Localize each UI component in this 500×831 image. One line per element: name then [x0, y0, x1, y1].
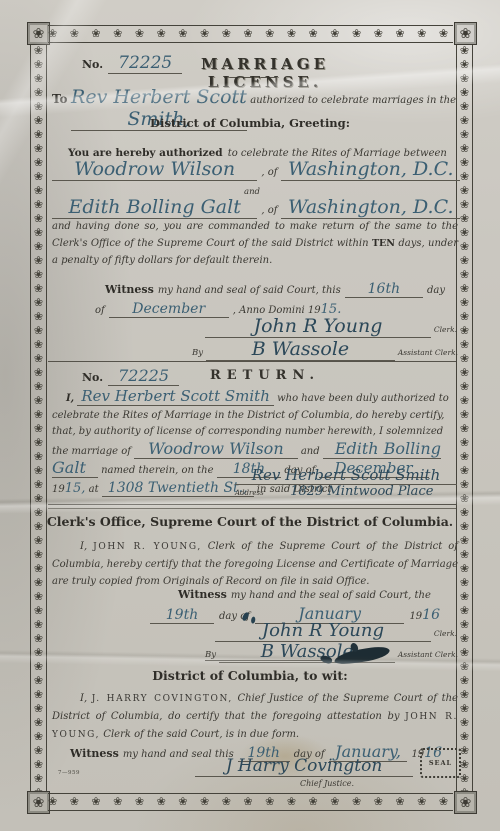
- clerk-name: JOHN R. YOUNG,: [93, 542, 202, 552]
- return-signature: Rev Herbert Scott Smith: [235, 466, 457, 485]
- no-label: No.: [82, 371, 103, 384]
- at-label: at: [89, 484, 99, 495]
- witness-label: Witness: [178, 588, 227, 601]
- by-label: By: [192, 348, 203, 358]
- return-groom-name: Woodrow Wilson: [134, 439, 297, 459]
- bride-name: Edith Bolling Galt: [52, 196, 257, 219]
- section-divider: [48, 361, 456, 362]
- i-label: I,: [80, 693, 87, 704]
- and-label: and: [301, 446, 320, 457]
- border-corner-ornament: ❀: [454, 22, 477, 45]
- assistant-clerk-label: Assistant Clerk.: [398, 650, 458, 659]
- seal-text: SEAL: [429, 759, 452, 767]
- justice-signature: J Harry Covington: [195, 756, 413, 777]
- day-label: day: [427, 285, 445, 296]
- clerk-signature: John R Young: [215, 620, 431, 642]
- border-corner-ornament: ❀: [454, 791, 477, 814]
- witness-text: my hand and seal of said Court, this: [158, 285, 341, 296]
- section-divider-double: [48, 504, 456, 509]
- return-officiant-name: Rev Herbert Scott Smith: [77, 387, 274, 406]
- document-page: ❀ ❀ ❀ ❀ ❀ ❀ ❀ ❀ ❀ ❀ ❀ ❀ ❀ ❀ ❀ ❀ ❀ ❀ ❀ ❀ …: [0, 0, 500, 831]
- attestation-body: I, J. HARRY COVINGTON, Chief Justice of …: [52, 690, 458, 744]
- ten-days: TEN: [372, 238, 395, 249]
- address-label: Address: [235, 489, 264, 497]
- by-label: By: [205, 650, 216, 660]
- bride-residence: Washington, D.C.: [281, 196, 460, 219]
- greeting-line: District of Columbia, Greeting:: [0, 116, 500, 130]
- year-prefix: 19: [52, 484, 65, 495]
- groom-name: Woodrow Wilson: [52, 158, 257, 181]
- authorized-text: authorized to celebrate marriages in the: [250, 95, 456, 106]
- clerk-label: Clerk.: [434, 629, 457, 638]
- return-title: RETURN.: [150, 368, 380, 383]
- day-value: 19th: [150, 607, 214, 624]
- return-place-value: 1308 Twentieth St.,: [102, 480, 254, 497]
- bride-line: Edith Bolling Galt , of Washington, D.C.: [52, 196, 460, 219]
- assistant-clerk-label: Assistant Clerk.: [398, 348, 458, 357]
- clerk-signature-line: John R Young Clerk.: [205, 315, 457, 338]
- border-corner-ornament: ❀: [27, 22, 50, 45]
- return-year-value: 15,: [65, 481, 86, 496]
- border-bottom-ornament: ❀ ❀ ❀ ❀ ❀ ❀ ❀ ❀ ❀ ❀ ❀ ❀ ❀ ❀ ❀ ❀ ❀ ❀ ❀ ❀ …: [48, 793, 453, 811]
- groom-line: Woodrow Wilson , of Washington, D.C.: [52, 158, 460, 181]
- form-number: 7—959: [58, 770, 80, 776]
- address-value: 1829 Mintwood Place: [267, 484, 457, 499]
- border-top-ornament: ❀ ❀ ❀ ❀ ❀ ❀ ❀ ❀ ❀ ❀ ❀ ❀ ❀ ❀ ❀ ❀ ❀ ❀ ❀ ❀ …: [48, 25, 453, 43]
- justice-label: Chief Justice.: [300, 779, 354, 788]
- return-clause: and having done so, you are commanded to…: [52, 218, 458, 269]
- witness-label: Witness: [70, 747, 119, 760]
- attestation-text: Clerk of the said Court, is in due form.: [103, 729, 299, 740]
- assistant-clerk-signature: B Wassole: [206, 338, 395, 361]
- named-text: named therein, on the: [101, 465, 213, 476]
- day-value: 16th: [345, 281, 423, 298]
- clerk-signature: John R Young: [205, 315, 431, 338]
- of-label: , of: [261, 205, 277, 216]
- to-label: To: [52, 92, 68, 106]
- witness-label: Witness: [105, 283, 154, 296]
- clerk-office-body: I, JOHN R. YOUNG, Clerk of the Supreme C…: [52, 538, 458, 590]
- of-label: , of: [261, 167, 277, 178]
- clerk-witness-line: Witness my hand and the seal of said Cou…: [178, 588, 458, 601]
- i-label: I,: [66, 393, 74, 404]
- justice-name: J. HARRY COVINGTON,: [92, 694, 233, 704]
- of-label: of: [95, 305, 105, 316]
- attestation-heading: District of Columbia, to wit:: [0, 668, 500, 683]
- witness-line-1: Witness my hand and seal of said Court, …: [105, 281, 445, 298]
- clerk-office-heading: Clerk's Office, Supreme Court of the Dis…: [0, 514, 500, 529]
- clerk-label: Clerk.: [434, 325, 457, 334]
- groom-residence: Washington, D.C.: [281, 158, 460, 181]
- court-seal: SEAL: [420, 748, 461, 778]
- assistant-clerk-line: By B Wassole Assistant Clerk.: [192, 338, 458, 361]
- border-corner-ornament: ❀: [27, 791, 50, 814]
- witness-text: my hand and the seal of said Court, the: [231, 590, 431, 601]
- return-address-line: Address 1829 Mintwood Place: [235, 484, 457, 499]
- i-label: I,: [80, 541, 87, 552]
- no-label: No.: [82, 58, 103, 71]
